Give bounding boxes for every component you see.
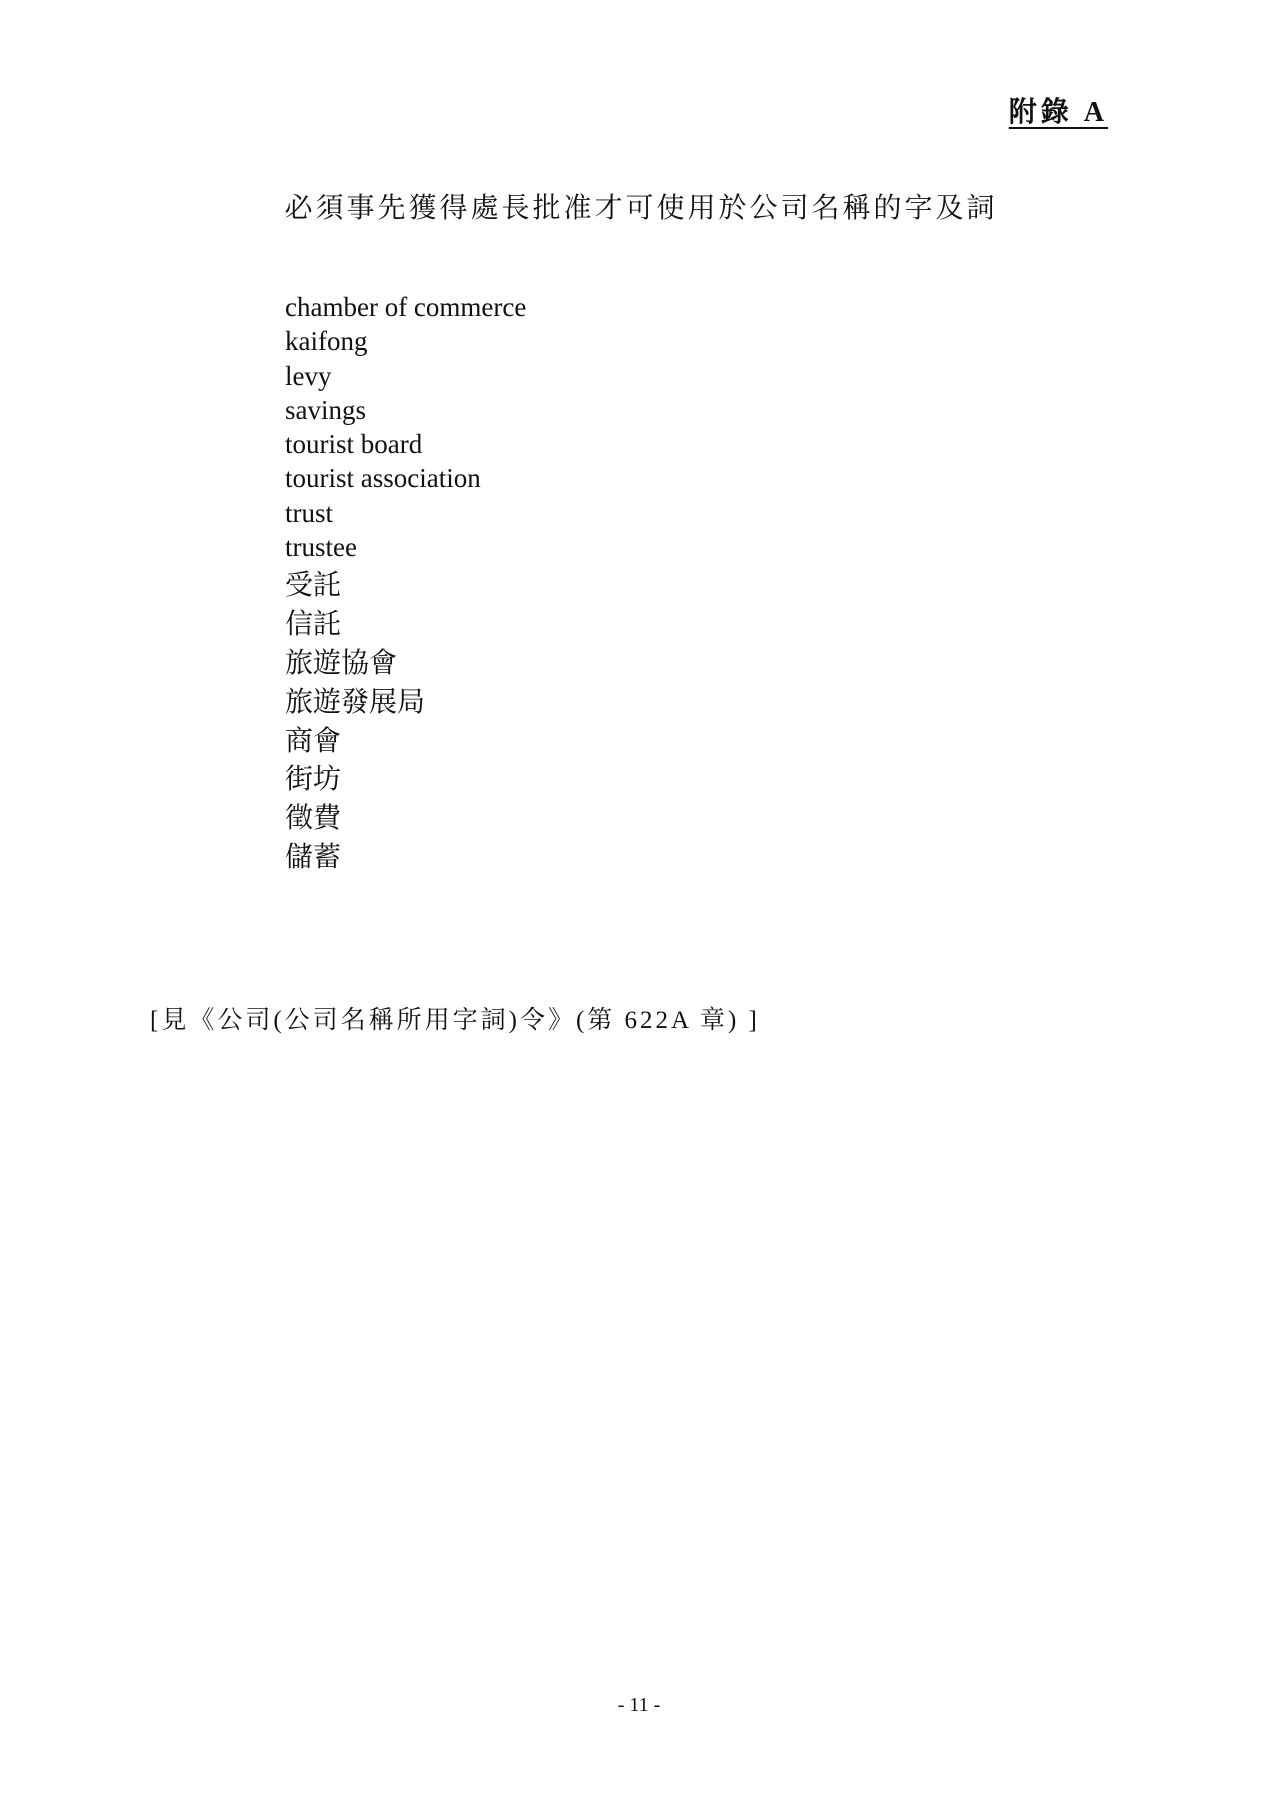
list-item-english: tourist association <box>285 461 526 495</box>
list-item-english: chamber of commerce <box>285 290 526 324</box>
page-number: - 11 - <box>0 1694 1268 1717</box>
list-item-english: kaifong <box>285 324 526 358</box>
list-item-chinese: 旅遊協會 <box>285 644 526 683</box>
list-item-english: trust <box>285 496 526 530</box>
list-item-chinese: 街坊 <box>285 760 526 799</box>
legal-citation: [見《公司(公司名稱所用字詞)令》(第 622A 章) ] <box>150 1000 760 1036</box>
list-item-chinese: 商會 <box>285 722 526 761</box>
list-item-english: trustee <box>285 530 526 564</box>
list-item-english: savings <box>285 393 526 427</box>
restricted-words-list: chamber of commerce kaifong levy savings… <box>285 290 526 877</box>
list-item-chinese: 旅遊發展局 <box>285 683 526 722</box>
page-title: 必須事先獲得處長批准才可使用於公司名稱的字及詞 <box>0 186 1268 226</box>
list-item-english: tourist board <box>285 427 526 461</box>
list-item-chinese: 受託 <box>285 566 526 605</box>
list-item-chinese: 儲蓄 <box>285 838 526 877</box>
list-item-chinese: 徵費 <box>285 799 526 838</box>
annex-label: 附錄 A <box>1009 90 1108 130</box>
list-item-chinese: 信託 <box>285 605 526 644</box>
list-item-english: levy <box>285 359 526 393</box>
